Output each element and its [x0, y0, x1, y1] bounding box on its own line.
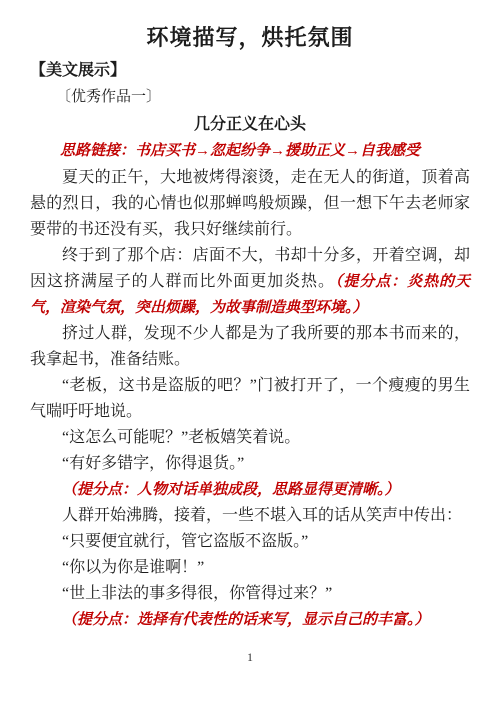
essay-paragraph: “只要便宜就行，管它盗版不盗版。”: [30, 529, 470, 555]
paragraph-text: 夏天的正午，大地被烤得滚烫，走在无人的街道，顶着高悬的烈日，我的心情也似那蝉鸣般…: [30, 169, 470, 238]
essay-paragraph: （提分点：选择有代表性的话来写，显示自己的丰富。）: [30, 607, 470, 633]
essay-paragraph: “这怎么可能呢？”老板嬉笑着说。: [30, 425, 470, 451]
essay-paragraph: 人群开始沸腾，接着，一些不堪入耳的话从笑声中传出：: [30, 503, 470, 529]
essay-paragraph: 挤过人群，发现不少人都是为了我所要的那本书而来的，我拿起书，准备结账。: [30, 321, 470, 373]
thought-route-line: 思路链接：书店买书→忽起纷争→援助正义→自我感受: [30, 140, 470, 162]
essay-paragraph: “有好多错字，你得退货。”: [30, 451, 470, 477]
essay-title: 几分正义在心头: [30, 114, 470, 136]
essay-paragraph: “老板，这书是盗版的吧？”门被打开了，一个瘦瘦的男生气喘吁吁地说。: [30, 373, 470, 425]
paragraph-text: “这怎么可能呢？”老板嬉笑着说。: [62, 429, 300, 446]
section-header: 【美文展示】: [30, 60, 470, 82]
essay-paragraph: 夏天的正午，大地被烤得滚烫，走在无人的街道，顶着高悬的烈日，我的心情也似那蝉鸣般…: [30, 165, 470, 243]
paragraph-text: 人群开始沸腾，接着，一些不堪入耳的话从笑声中传出：: [62, 507, 462, 524]
subsection-header: 〔优秀作品一〕: [56, 86, 470, 108]
essay-paragraph: “你以为你是谁啊！”: [30, 555, 470, 581]
score-tip-note: （提分点：人物对话单独成段，思路显得更清晰。）: [62, 482, 400, 498]
score-tip-note: （提分点：选择有代表性的话来写，显示自己的丰富。）: [62, 612, 430, 628]
document-page: 环境描写，烘托氛围 【美文展示】 〔优秀作品一〕 几分正义在心头 思路链接：书店…: [0, 0, 500, 707]
paragraph-text: “老板，这书是盗版的吧？”门被打开了，一个瘦瘦的男生气喘吁吁地说。: [30, 377, 470, 420]
paragraph-text: “只要便宜就行，管它盗版不盗版。”: [62, 533, 308, 550]
document-title: 环境描写，烘托氛围: [30, 22, 470, 54]
essay-body: 夏天的正午，大地被烤得滚烫，走在无人的街道，顶着高悬的烈日，我的心情也似那蝉鸣般…: [30, 165, 470, 633]
essay-paragraph: （提分点：人物对话单独成段，思路显得更清晰。）: [30, 477, 470, 503]
essay-paragraph: 终于到了那个店：店面不大，书却十分多，开着空调，却因这挤满屋子的人群而比外面更加…: [30, 243, 470, 321]
paragraph-text: 挤过人群，发现不少人都是为了我所要的那本书而来的，我拿起书，准备结账。: [30, 325, 470, 368]
paragraph-text: “世上非法的事多得很，你管得过来？”: [62, 585, 332, 602]
paragraph-text: “你以为你是谁啊！”: [62, 559, 204, 576]
paragraph-text: “有好多错字，你得退货。”: [62, 455, 244, 472]
page-number: 1: [0, 650, 500, 665]
essay-paragraph: “世上非法的事多得很，你管得过来？”: [30, 581, 470, 607]
